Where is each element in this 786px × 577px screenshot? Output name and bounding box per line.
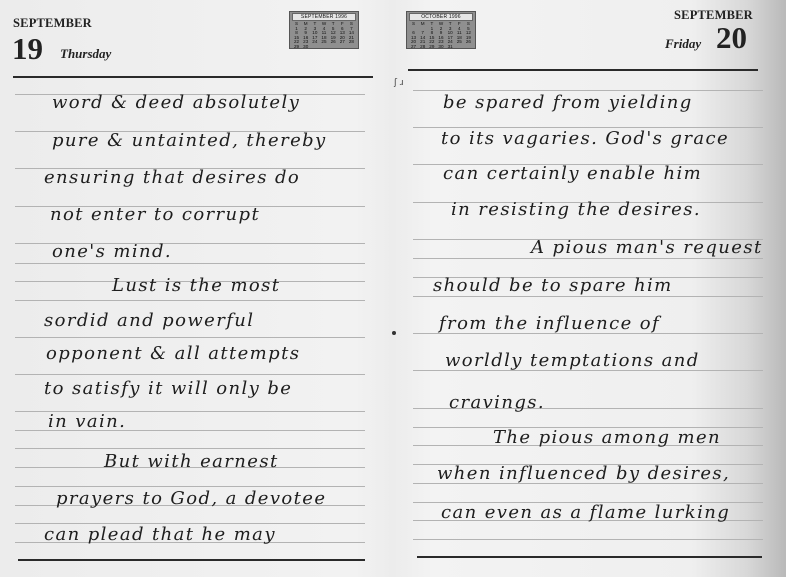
rule-line — [15, 263, 365, 264]
handwritten-line: to its vagaries. God's grace — [441, 128, 729, 149]
calendar-day: 25 — [319, 40, 328, 45]
calendar-day: 29 — [292, 45, 301, 50]
handwritten-line: one's mind. — [52, 241, 172, 262]
calendar-day: 30 — [301, 45, 310, 50]
handwritten-line: in resisting the desires. — [451, 199, 701, 220]
gutter-mark: ʃ ɹ — [394, 78, 404, 88]
handwritten-line: should be to spare him — [433, 275, 673, 296]
rule-line — [413, 296, 763, 297]
rule-line — [413, 90, 763, 91]
rule-line — [413, 258, 763, 259]
right-page: SEPTEMBER 20 Friday be spared from yie — [405, 0, 786, 577]
handwritten-line: can certainly enable him — [443, 163, 702, 184]
handwritten-line: to satisfy it will only be — [44, 378, 292, 399]
rule-line — [15, 486, 365, 487]
calendar-day: 24 — [310, 40, 319, 45]
handwritten-line: But with earnest — [104, 451, 279, 472]
calendar-day: 26 — [329, 40, 338, 45]
rule-line — [15, 374, 365, 375]
right-day-number: 20 — [716, 22, 747, 53]
right-header-rule — [408, 69, 758, 71]
handwritten-line: in vain. — [48, 411, 126, 432]
handwritten-line: worldly temptations and — [445, 350, 700, 371]
left-weekday-label: Thursday — [60, 46, 111, 62]
left-header-rule — [13, 76, 373, 78]
mini-calendar-september: SEPTEMBER 1996 S M T W T F S 1 2 3 4 5 6… — [289, 11, 359, 49]
gutter-dot — [392, 331, 396, 335]
calendar-title: SEPTEMBER 1996 — [292, 13, 356, 21]
handwritten-line: prayers to God, a devotee — [56, 488, 326, 509]
handwritten-line: from the influence of — [439, 313, 660, 334]
left-month-label: SEPTEMBER — [13, 16, 92, 31]
left-page: SEPTEMBER 19 Thursday word & deed abso — [0, 0, 380, 577]
handwritten-line: word & deed absolutely — [52, 92, 300, 113]
calendar-day: 28 — [347, 40, 356, 45]
handwritten-line: A pious man's request — [531, 237, 763, 258]
handwritten-line: can plead that he may — [44, 524, 276, 545]
rule-line — [15, 448, 365, 449]
handwritten-line: The pious among men — [493, 427, 721, 448]
handwritten-line: cravings. — [449, 392, 545, 413]
diary-spread: SEPTEMBER 19 Thursday word & deed abso — [0, 0, 786, 577]
handwritten-line: opponent & all attempts — [46, 343, 300, 364]
calendar-grid: S M T W T F S 1 2 3 4 5 6 7 8 9 10 11 12… — [292, 22, 356, 50]
left-footer-rule — [18, 559, 365, 561]
handwritten-line: be spared from yielding — [443, 92, 693, 113]
handwritten-line: sordid and powerful — [44, 310, 254, 331]
right-weekday-label: Friday — [665, 36, 701, 52]
rule-line — [15, 337, 365, 338]
rule-line — [413, 539, 763, 540]
handwritten-line: not enter to corrupt — [50, 204, 260, 225]
handwritten-line: Lust is the most — [112, 275, 280, 296]
handwritten-line: can even as a flame lurking — [441, 502, 730, 523]
right-footer-rule — [417, 556, 762, 558]
rule-line — [15, 300, 365, 301]
calendar-day: 27 — [338, 40, 347, 45]
handwritten-line: when influenced by desires, — [437, 463, 730, 484]
handwritten-line: pure & untainted, thereby — [52, 130, 327, 151]
handwritten-line: ensuring that desires do — [44, 167, 300, 188]
left-day-number: 19 — [12, 33, 43, 64]
